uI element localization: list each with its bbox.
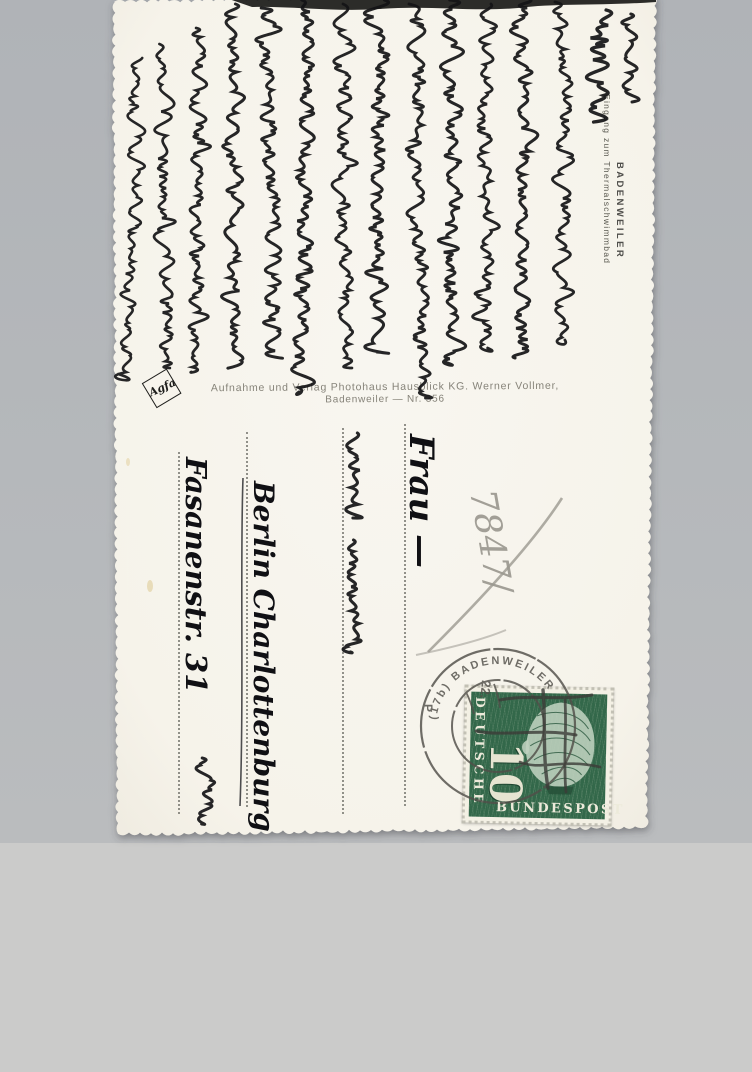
cancellation-marks [476,690,600,792]
postmark: (17b) BADENWEILER 22. P [421,649,575,803]
postcard-scan: BADENWEILER Eingang zum Thermalschwimmba… [0,0,752,1072]
cancel-stroke [500,695,592,700]
handwritten-address: Frau — Berlin Charlottenburg Fasanenstr.… [179,433,441,832]
address-line3-text: Berlin Charlottenburg [247,480,280,832]
handwriting-stroke [406,4,431,398]
handwriting-stroke [473,4,500,351]
handwriting-stroke [189,28,211,372]
handwriting-stroke [364,0,389,353]
handwriting-stroke [587,10,612,122]
address-name-stroke [346,433,362,518]
cancel-stroke [543,690,548,788]
address-flourish-stroke [196,758,215,824]
handwriting-stroke [222,4,245,368]
postmark-letter-text: P [421,704,435,712]
postmark-outer-circle [421,649,575,803]
cancel-stroke [520,762,600,767]
cancel-stroke [565,700,566,792]
cancel-stroke [476,731,576,735]
handwritten-message [115,0,639,824]
handwriting-stroke [154,44,175,368]
address-name-stroke [343,540,361,653]
postmark-bridge-line [494,684,500,708]
handwriting-stroke [552,2,573,344]
pencil-curve-stroke [416,630,506,655]
postmark-bridge-line [466,692,474,714]
handwriting-stroke [438,0,465,365]
postmark-date-text: 22. [477,680,494,699]
address-line1-text: Frau — [401,433,441,568]
handwriting-stroke [332,4,357,368]
handwriting-stroke [622,14,639,102]
address-line4-text: Fasanenstr. 31 [179,456,213,693]
handwriting-stroke [256,8,283,358]
ink-layer-svg: Frau — Berlin Charlottenburg Fasanenstr.… [0,0,752,1072]
handwriting-stroke [115,58,145,380]
address-underline-stroke [240,478,243,806]
handwriting-stroke [292,0,315,395]
handwriting-stroke [510,0,537,358]
pencil-number-text: 7847/ [461,486,520,599]
